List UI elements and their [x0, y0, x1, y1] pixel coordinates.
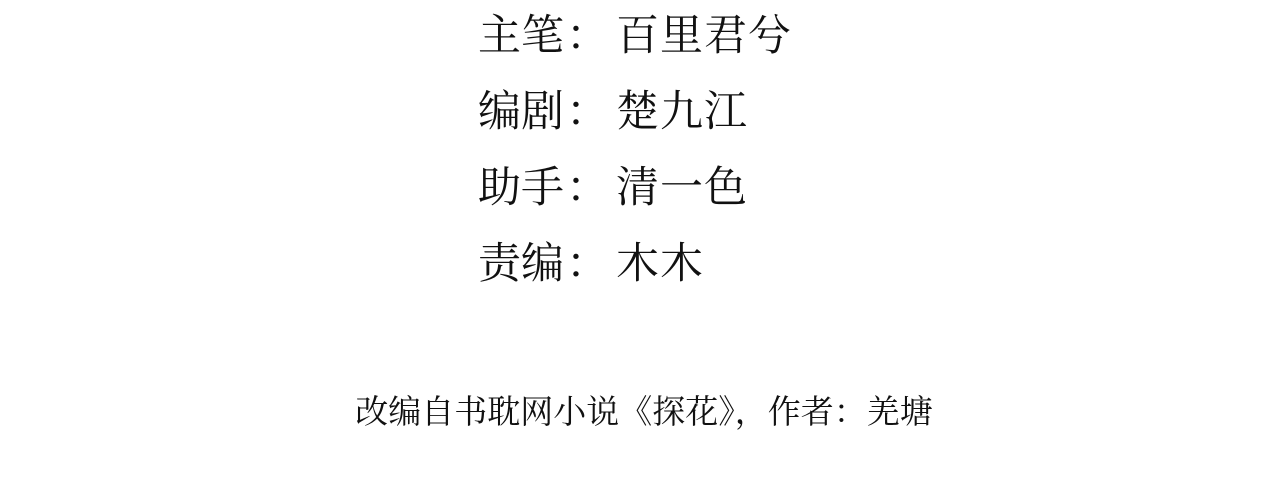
credit-name: 楚九江 [616, 84, 748, 140]
credit-name: 百里君兮 [616, 8, 792, 64]
credit-separator: ： [566, 84, 609, 140]
credit-separator: ： [566, 236, 609, 292]
credit-role: 主笔 [478, 8, 564, 64]
credit-role: 助手 [478, 160, 564, 216]
credit-separator: ： [566, 160, 609, 216]
credit-name: 清一色 [616, 160, 748, 216]
credit-role: 责编 [478, 236, 564, 292]
credit-separator: ： [566, 8, 609, 64]
adaptation-source-note: 改编自书耽网小说《探花》，作者：羌塘 [0, 390, 1280, 434]
credit-name: 木木 [616, 236, 704, 292]
credit-role: 编剧 [478, 84, 564, 140]
